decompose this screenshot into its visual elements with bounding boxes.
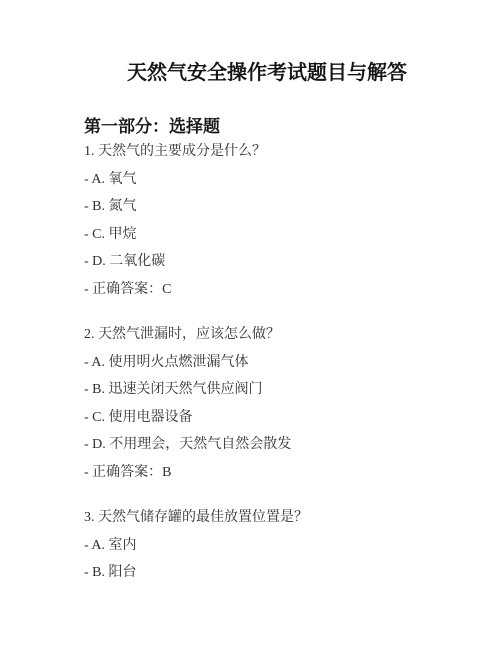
question-block-1: 1. 天然气的主要成分是什么？ - A. 氧气 - B. 氮气 - C. 甲烷 …: [84, 138, 450, 303]
option-line: - A. 氧气: [84, 166, 450, 194]
question-text: 3. 天然气储存罐的最佳放置位置是？: [84, 504, 450, 532]
option-line: - C. 使用电器设备: [84, 404, 450, 432]
question-block-3: 3. 天然气储存罐的最佳放置位置是？ - A. 室内 - B. 阳台: [84, 504, 450, 587]
option-line: - D. 二氧化碳: [84, 248, 450, 276]
option-line: - B. 阳台: [84, 559, 450, 587]
option-line: - A. 使用明火点燃泄漏气体: [84, 349, 450, 377]
question-text: 1. 天然气的主要成分是什么？: [84, 138, 450, 166]
document-page: 天然气安全操作考试题目与解答 第一部分：选择题 1. 天然气的主要成分是什么？ …: [0, 0, 500, 647]
option-line: - B. 氮气: [84, 193, 450, 221]
answer-line: - 正确答案：C: [84, 276, 450, 304]
section-heading: 第一部分：选择题: [84, 116, 450, 138]
option-line: - B. 迅速关闭天然气供应阀门: [84, 376, 450, 404]
option-line: - C. 甲烷: [84, 221, 450, 249]
option-line: - D. 不用理会，天然气自然会散发: [84, 431, 450, 459]
option-line: - A. 室内: [84, 532, 450, 560]
document-title: 天然气安全操作考试题目与解答: [84, 60, 450, 86]
question-text: 2. 天然气泄漏时，应该怎么做？: [84, 321, 450, 349]
answer-line: - 正确答案：B: [84, 459, 450, 487]
question-block-2: 2. 天然气泄漏时，应该怎么做？ - A. 使用明火点燃泄漏气体 - B. 迅速…: [84, 321, 450, 486]
